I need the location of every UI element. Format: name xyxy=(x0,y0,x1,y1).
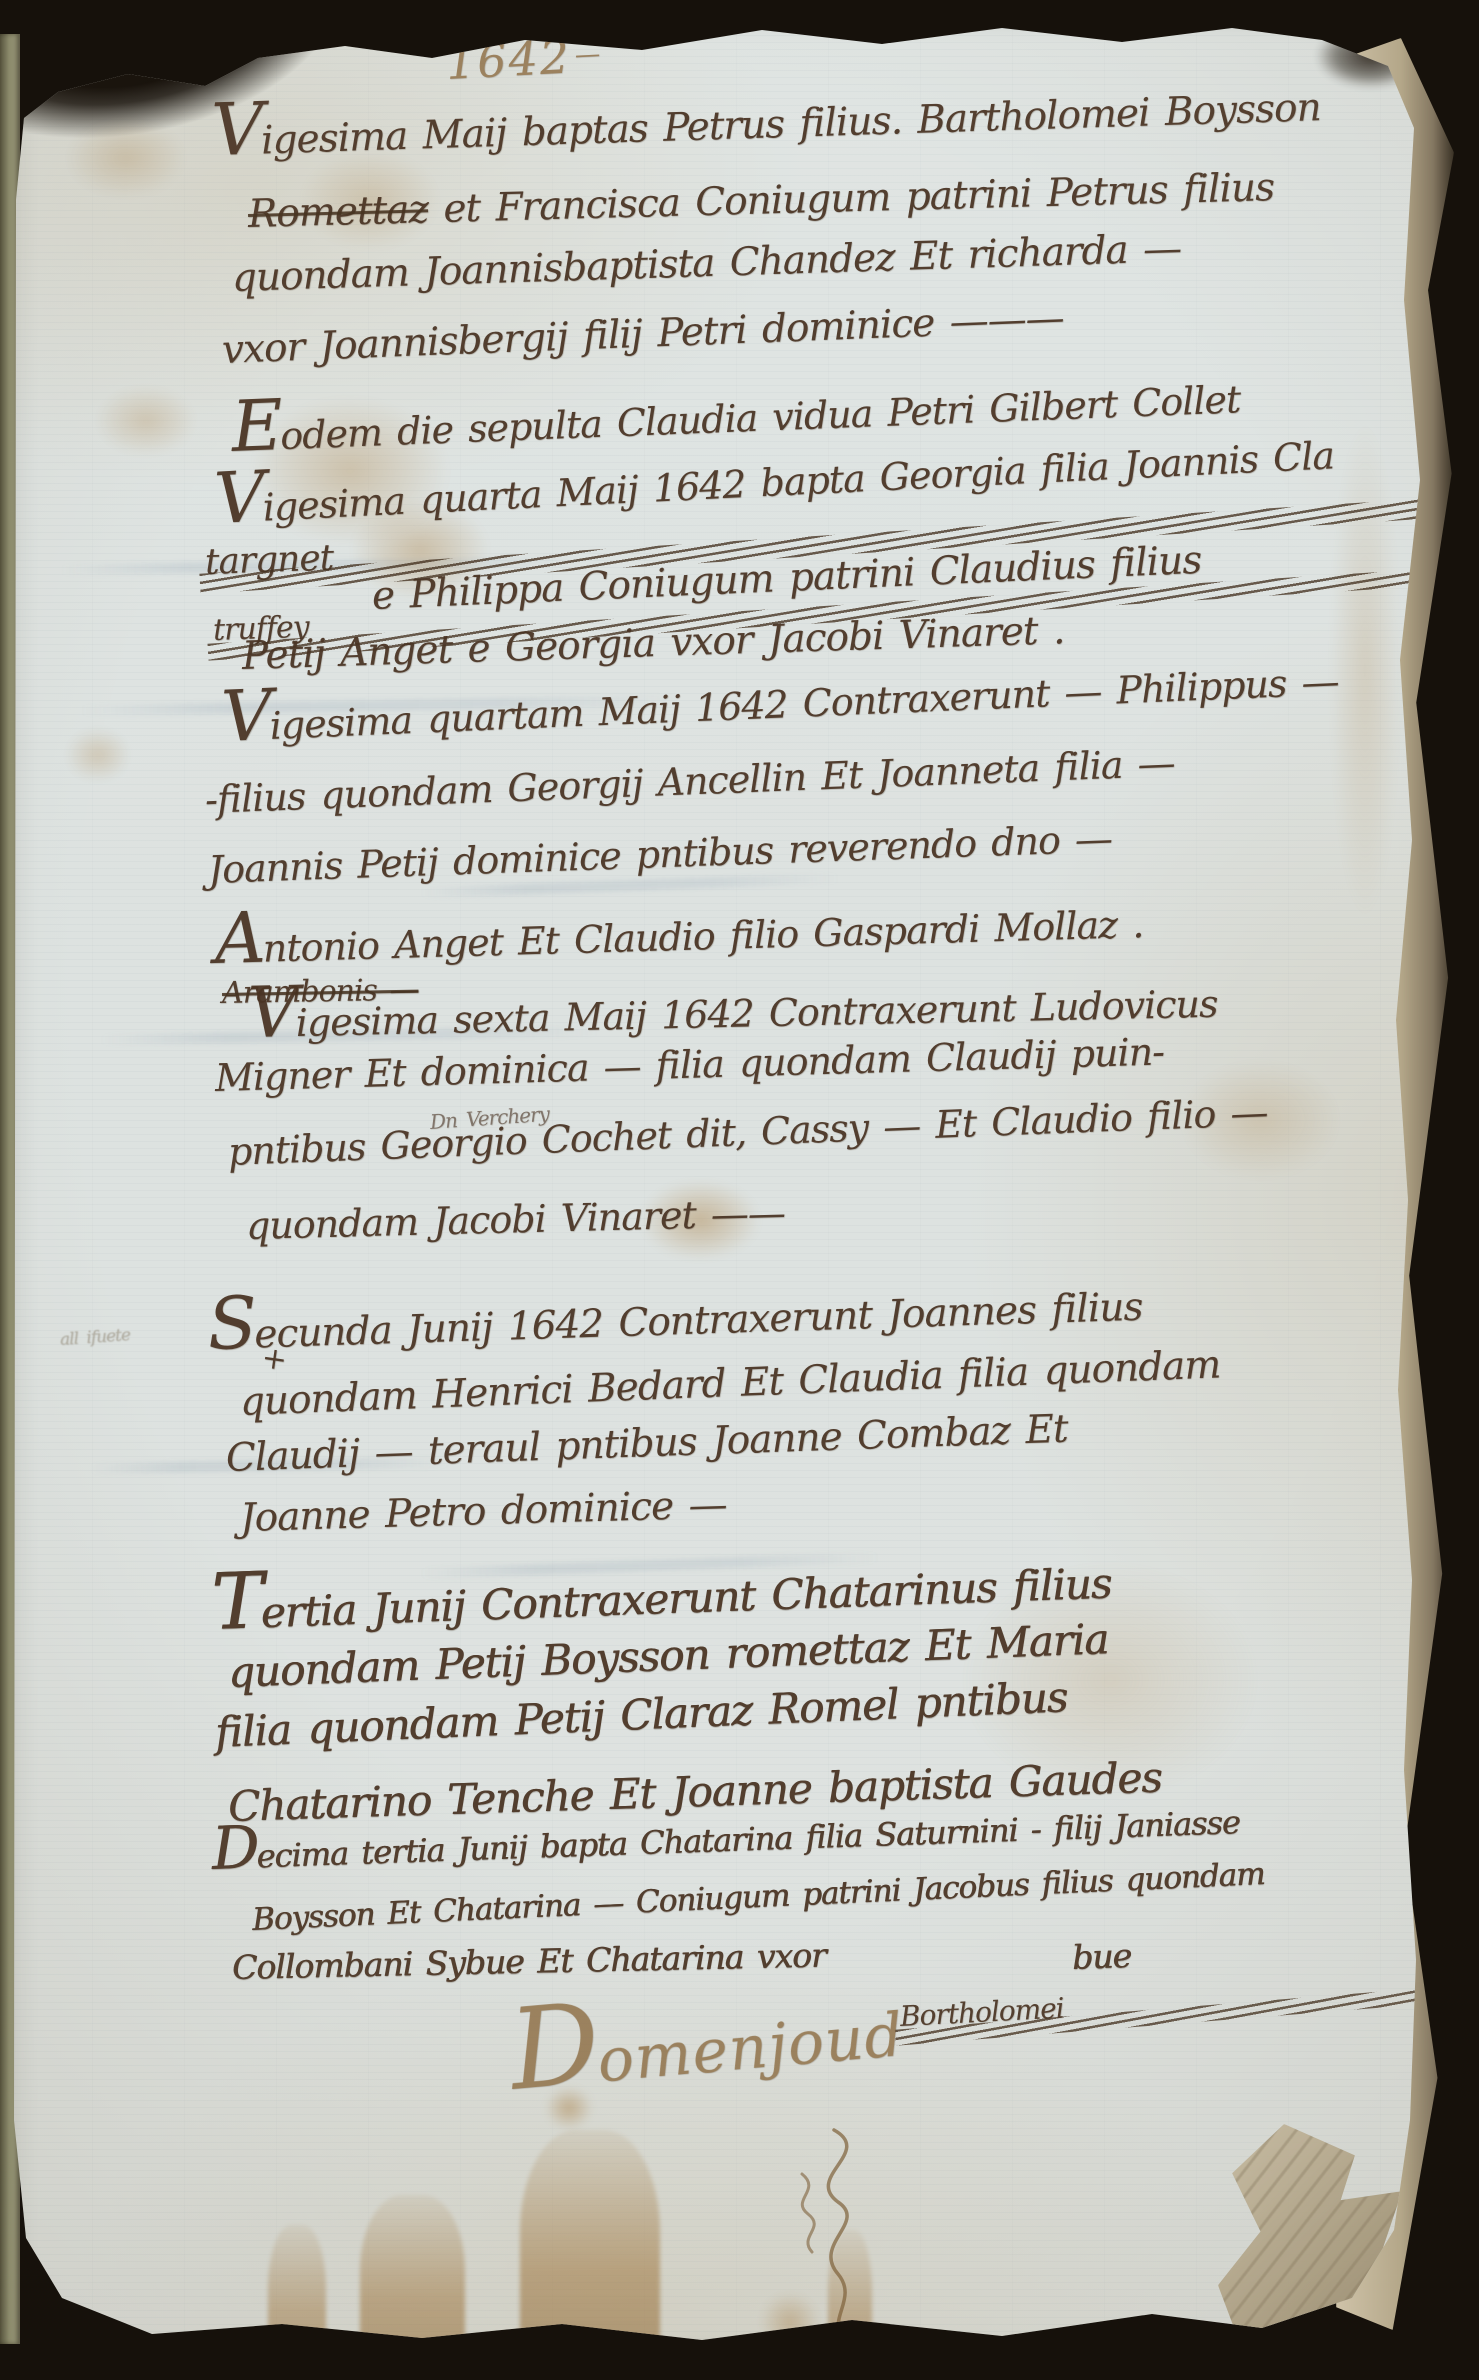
manuscript-line: quondam Jacobi Vinaret —— xyxy=(245,1191,785,1248)
line-text: et Francisca Coniugum patrini Petrus fil… xyxy=(427,165,1274,232)
year-heading: 1642 xyxy=(445,28,600,90)
manuscript-line: bue xyxy=(1071,1936,1131,1977)
manuscript-line: pntibus Georgio Cochet dit, Cassy — Et C… xyxy=(227,1090,1268,1174)
manuscript-line: Vigesima Maij baptas Petrus filius. Bart… xyxy=(211,85,1321,165)
manuscript-page: 1642Vigesima Maij baptas Petrus filius. … xyxy=(0,0,1479,2380)
manuscript-line: Secunda Junij 1642 Contraxerunt Joannes … xyxy=(207,1285,1143,1359)
manuscript-photo: 1642Vigesima Maij baptas Petrus filius. … xyxy=(0,0,1479,2380)
manuscript-line: Romettaz et Francisca Coniugum patrini P… xyxy=(247,165,1274,237)
manuscript-line: Antonio Anget Et Claudio filio Gaspardi … xyxy=(214,902,1143,972)
struck-word: Romettaz xyxy=(247,187,428,237)
manuscript-line: Joannis Petij dominice pntibus reverendo… xyxy=(207,816,1112,892)
manuscript-line: quondam Henrici Bedard Et Claudia filia … xyxy=(239,1342,1221,1425)
manuscript-line: -filius quondam Georgij Ancellin Et Joan… xyxy=(204,741,1175,822)
manuscript-line: Joanne Petro dominice — xyxy=(239,1482,727,1541)
manuscript-line: quondam Joannisbaptista Chandez Et richa… xyxy=(231,226,1181,301)
struck-word: Bortholomei xyxy=(899,1923,1479,2033)
margin-note: all ifuete xyxy=(59,1325,130,1350)
manuscript-text-layer: 1642Vigesima Maij baptas Petrus filius. … xyxy=(0,0,1479,2380)
signature: Domenjoud xyxy=(509,2000,907,2104)
manuscript-line: Collombani Sybue Et Chatarina vxor xyxy=(232,1936,826,1987)
signature-paraph-flourish xyxy=(742,2122,922,2352)
manuscript-line: vxor Joannisbergij filij Petri dominice … xyxy=(221,296,1064,373)
